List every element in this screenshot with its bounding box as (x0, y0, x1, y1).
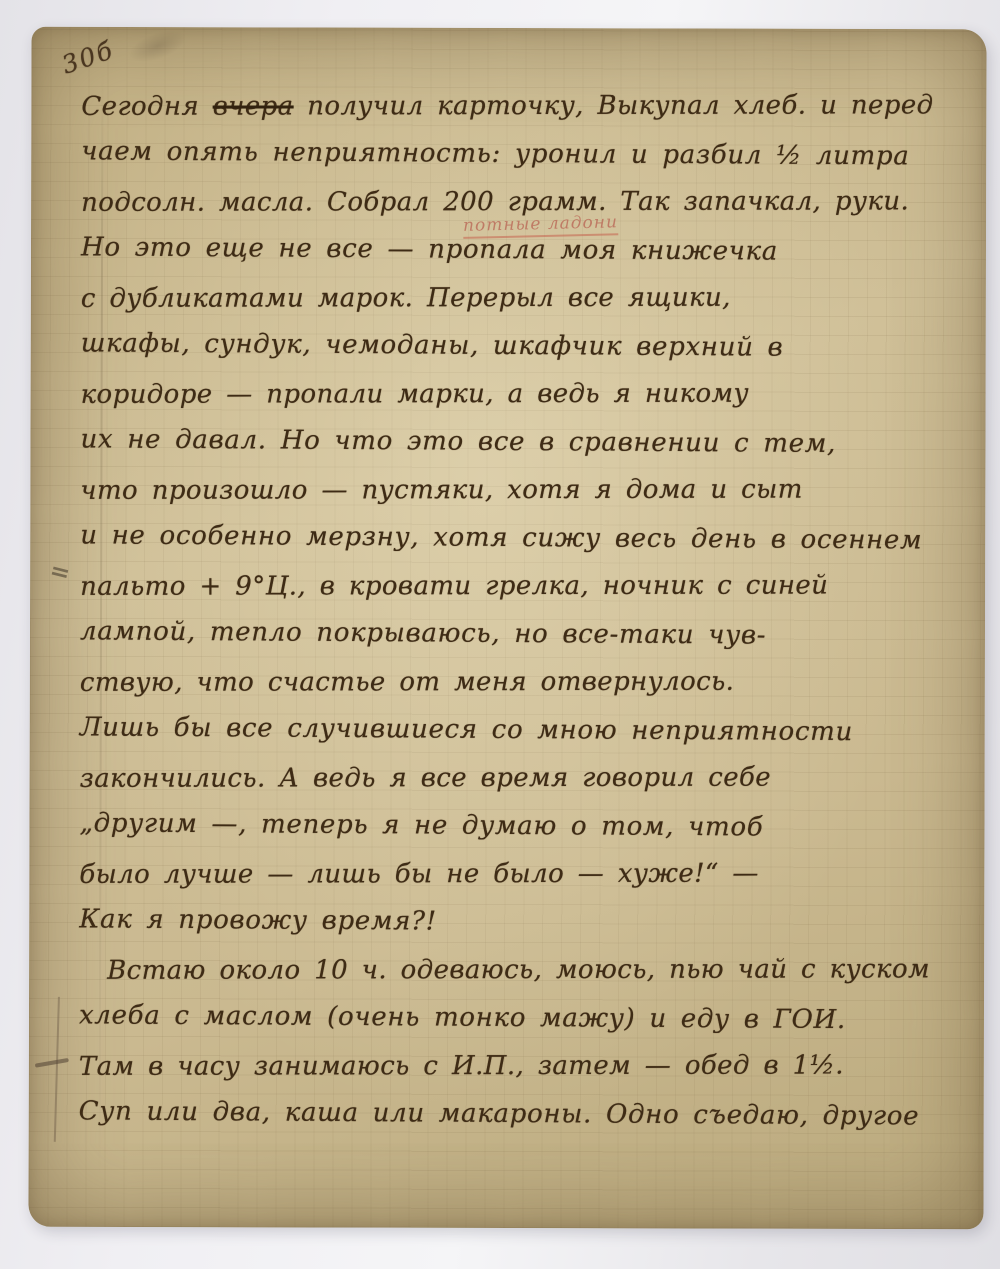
line-text: Сегодня (81, 92, 212, 122)
manuscript-line: Лишь бы все случившиеся со мною неприятн… (80, 703, 969, 756)
manuscript-line: Сегодня вчера получил карточку, Выкупал … (81, 81, 970, 131)
manuscript-line: Встаю около 10 ч. одеваюсь, моюсь, пью ч… (79, 945, 968, 995)
manuscript-line: что произошло — пустяки, хотя я дома и с… (80, 465, 969, 515)
screenshot-root: { "colors": { "paper": "#c8b78c", "ink":… (0, 0, 1000, 1269)
manuscript-line: „другим —, теперь я не думаю о том, чтоб (79, 799, 968, 852)
manuscript-line: Там в часу занимаюсь с И.П., затем — обе… (79, 1041, 968, 1091)
margin-pencil-line (54, 997, 60, 1142)
struck-word: вчера (213, 91, 294, 121)
manuscript-line: закончились. А ведь я все время говорил … (80, 753, 969, 803)
red-pencil-annotation: потные ладони (463, 212, 618, 239)
manuscript-text: Сегодня вчера получил карточку, Выкупал … (79, 81, 971, 1139)
manuscript-line: хлеба с маслом (очень тонко мажу) и еду … (79, 991, 968, 1044)
ink-smudge (125, 24, 190, 69)
margin-equals-mark: = (47, 555, 74, 588)
manuscript-line: лампой, тепло покрываюсь, но все-таки чу… (80, 607, 969, 660)
manuscript-line: чаем опять неприятность: уронил и разбил… (81, 127, 970, 180)
manuscript-line: пальто + 9°Ц., в кровати грелка, ночник … (80, 561, 969, 611)
page-number: 30б (58, 35, 118, 80)
manuscript-line: Как я провожу время?! (79, 895, 968, 948)
manuscript-line: коридоре — пропали марки, а ведь я ником… (81, 369, 970, 419)
manuscript-line: и не особенно мерзну, хотя сижу весь ден… (80, 511, 969, 564)
manuscript-line: с дубликатами марок. Перерыл все ящики, (81, 273, 970, 323)
manuscript-page: 30б Сегодня вчера получил карточку, Выку… (28, 27, 986, 1229)
margin-arrow-mark (35, 1058, 69, 1068)
manuscript-line: шкафы, сундук, чемоданы, шкафчик верхний… (81, 319, 970, 372)
manuscript-line: Суп или два, каша или макароны. Одно съе… (79, 1087, 968, 1140)
manuscript-line: было лучше — лишь бы не было — хуже!“ — (79, 849, 968, 899)
manuscript-line: их не давал. Но что это все в сравнении … (80, 415, 969, 468)
line-text: получил карточку, Выкупал хлеб. и перед (294, 90, 934, 121)
manuscript-line: ствую, что счастье от меня отвернулось. (80, 657, 969, 707)
